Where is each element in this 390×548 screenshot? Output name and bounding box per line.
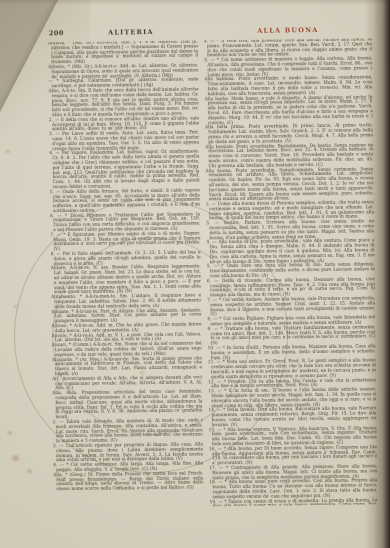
running-head-right: ALLA BUONA: [204, 25, 372, 35]
dictionary-entry-paragraph: Aliteria, * (Mit. Gr.) A-li-te-ria. Add.…: [48, 40, 198, 66]
dictionary-entry-paragraph: Alla bestiale. Posto avverbialm. Bestial…: [205, 144, 373, 170]
dictionary-entry-paragraph: 4. — Alla buona di Dio, posto avverbialm…: [206, 240, 374, 266]
book-gutter-shadow: [364, 0, 390, 548]
dictionary-entry-paragraph: 19. — * Talora con cenno di scusa o di m…: [210, 499, 378, 507]
dictionary-entry-paragraph: Alito, A-li-to. Sm. Il fiato che esce da…: [49, 88, 199, 119]
page-content: 200 ALITERIA ALLA BUONA Aliteria, * (Mit…: [0, 0, 390, 548]
dictionary-entry-paragraph: Alla, * (Geog.) Sf. Fiume della Prussia …: [53, 472, 203, 493]
text-column-left: Aliteria, * (Mit. Gr.) A-li-te-ria. Add.…: [48, 40, 204, 504]
dictionary-entry-paragraph: 5. — Onde Alito della fornace, del forno…: [50, 189, 200, 215]
dictionary-entry-paragraph: Alla, Al-la. Preposizione articolata del…: [52, 391, 202, 422]
text-column-right: 4. — * A voce viva, Alla presenza: Dire …: [204, 38, 378, 506]
running-head-left: ALITERIA: [48, 27, 214, 37]
dictionary-entry-paragraph: Alla barba. Modo basso, e vale A dispett…: [205, 96, 373, 127]
dictionary-entry-paragraph: Alla buona. Posto avverbialm. Sempliceme…: [206, 168, 374, 204]
scanned-book-page: 200 ALITERIA ALLA BUONA Aliteria, * (Mit…: [0, 0, 390, 548]
dictionary-entry-paragraph: 4. — Per Vapore, Esalazione. Lat. halitu…: [49, 151, 199, 191]
dictionary-entry-paragraph: 2. — Talora vale Secondo, Alla maniera d…: [53, 419, 203, 445]
dictionary-entry-paragraph: Alitare, A-li-ta-re. N. ass. Render l'al…: [51, 266, 201, 297]
